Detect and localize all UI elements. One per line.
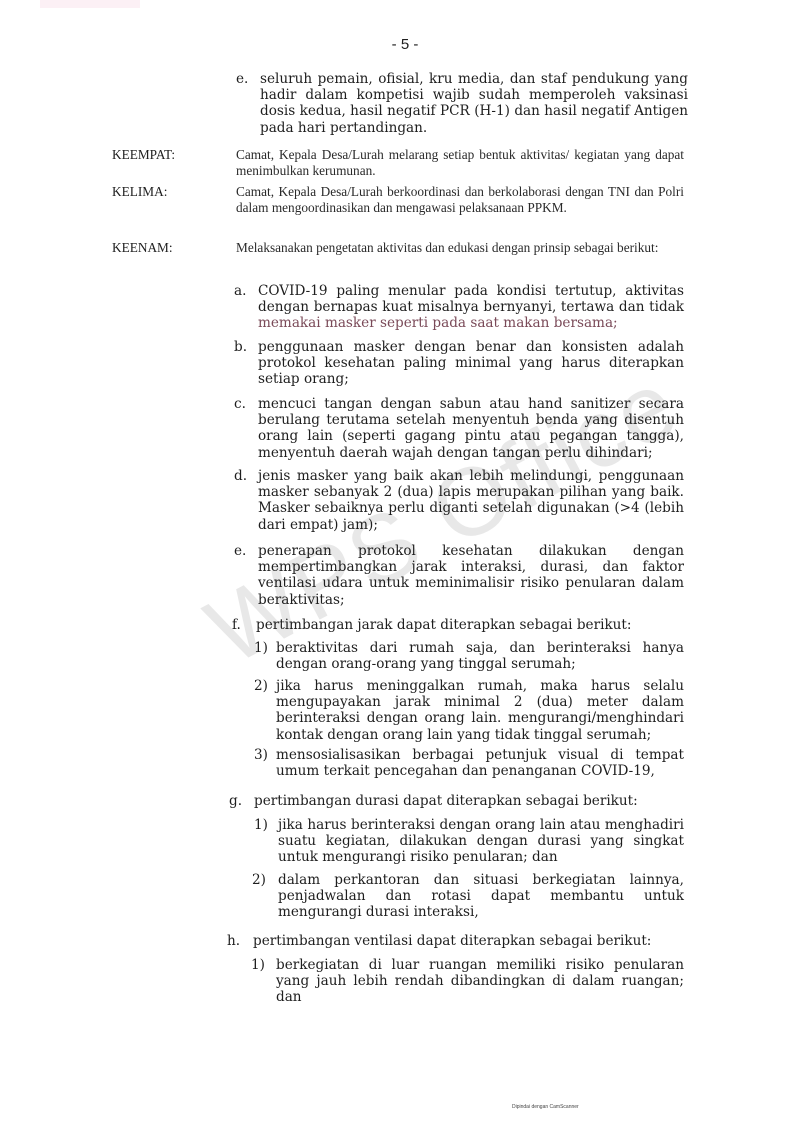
item-marker-c: c. [234, 396, 246, 412]
item-marker-b: b. [234, 339, 247, 355]
subitem-text-g1: jika harus berinteraksi dengan orang lai… [278, 817, 684, 866]
item-text-f: pertimbangan jarak dapat diterapkan seba… [256, 617, 684, 633]
item-marker-f: f. [232, 617, 241, 633]
subitem-text-g2: dalam perkantoran dan situasi berkegiata… [278, 872, 684, 921]
subitem-text-h1: berkegiatan di luar ruangan memiliki ris… [276, 957, 684, 1006]
item-marker-g: g. [229, 793, 242, 809]
subitem-marker-f2: 2) [254, 678, 268, 694]
section-text-keenam: Melaksanakan pengetatan aktivitas dan ed… [236, 240, 684, 256]
subitem-text-f3: mensosialisasikan berbagai petunjuk visu… [276, 747, 684, 779]
item-text-a-main: COVID-19 paling menular pada kondisi ter… [258, 283, 684, 315]
section-label-keenam: KEENAM: [112, 240, 173, 256]
section-label-kelima: KELIMA: [112, 184, 167, 200]
scan-artifact [40, 0, 140, 8]
item-marker: e. [236, 71, 248, 87]
section-text-keempat: Camat, Kepala Desa/Lurah melarang setiap… [236, 147, 684, 179]
item-marker-e: e. [234, 543, 246, 559]
subitem-marker-g2: 2) [252, 872, 266, 888]
item-marker-d: d. [234, 468, 247, 484]
item-text-a-faded: memakai masker seperti pada saat makan b… [258, 315, 618, 331]
subitem-marker-f1: 1) [254, 640, 268, 656]
item-text-d: jenis masker yang baik akan lebih melind… [258, 468, 684, 533]
item-text-b: penggunaan masker dengan benar dan konsi… [258, 339, 684, 388]
section-label-keempat: KEEMPAT: [112, 147, 175, 163]
item-text-g: pertimbangan durasi dapat diterapkan seb… [254, 793, 684, 809]
item-text-h: pertimbangan ventilasi dapat diterapkan … [253, 933, 684, 949]
item-marker-h: h. [227, 933, 240, 949]
scanner-footer: Dipindai dengan CamScanner [512, 1104, 579, 1110]
subitem-marker-h1: 1) [251, 957, 265, 973]
item-marker-a: a. [234, 283, 246, 299]
subitem-marker-g1: 1) [254, 817, 268, 833]
item-text-e: penerapan protokol kesehatan dilakukan d… [258, 543, 684, 608]
page-number: - 5 - [0, 36, 794, 53]
item-text-c: mencuci tangan dengan sabun atau hand sa… [258, 396, 684, 461]
subitem-text-f2: jika harus meninggalkan rumah, maka haru… [276, 678, 684, 743]
section-text-kelima: Camat, Kepala Desa/Lurah berkoordinasi d… [236, 184, 684, 216]
document-page: WPS Office - 5 - e. seluruh pemain, ofis… [0, 0, 794, 1123]
item-text: seluruh pemain, ofisial, kru media, dan … [260, 71, 688, 136]
subitem-marker-f3: 3) [254, 747, 268, 763]
item-text-a: COVID-19 paling menular pada kondisi ter… [258, 283, 684, 332]
subitem-text-f1: beraktivitas dari rumah saja, dan berint… [276, 640, 684, 672]
